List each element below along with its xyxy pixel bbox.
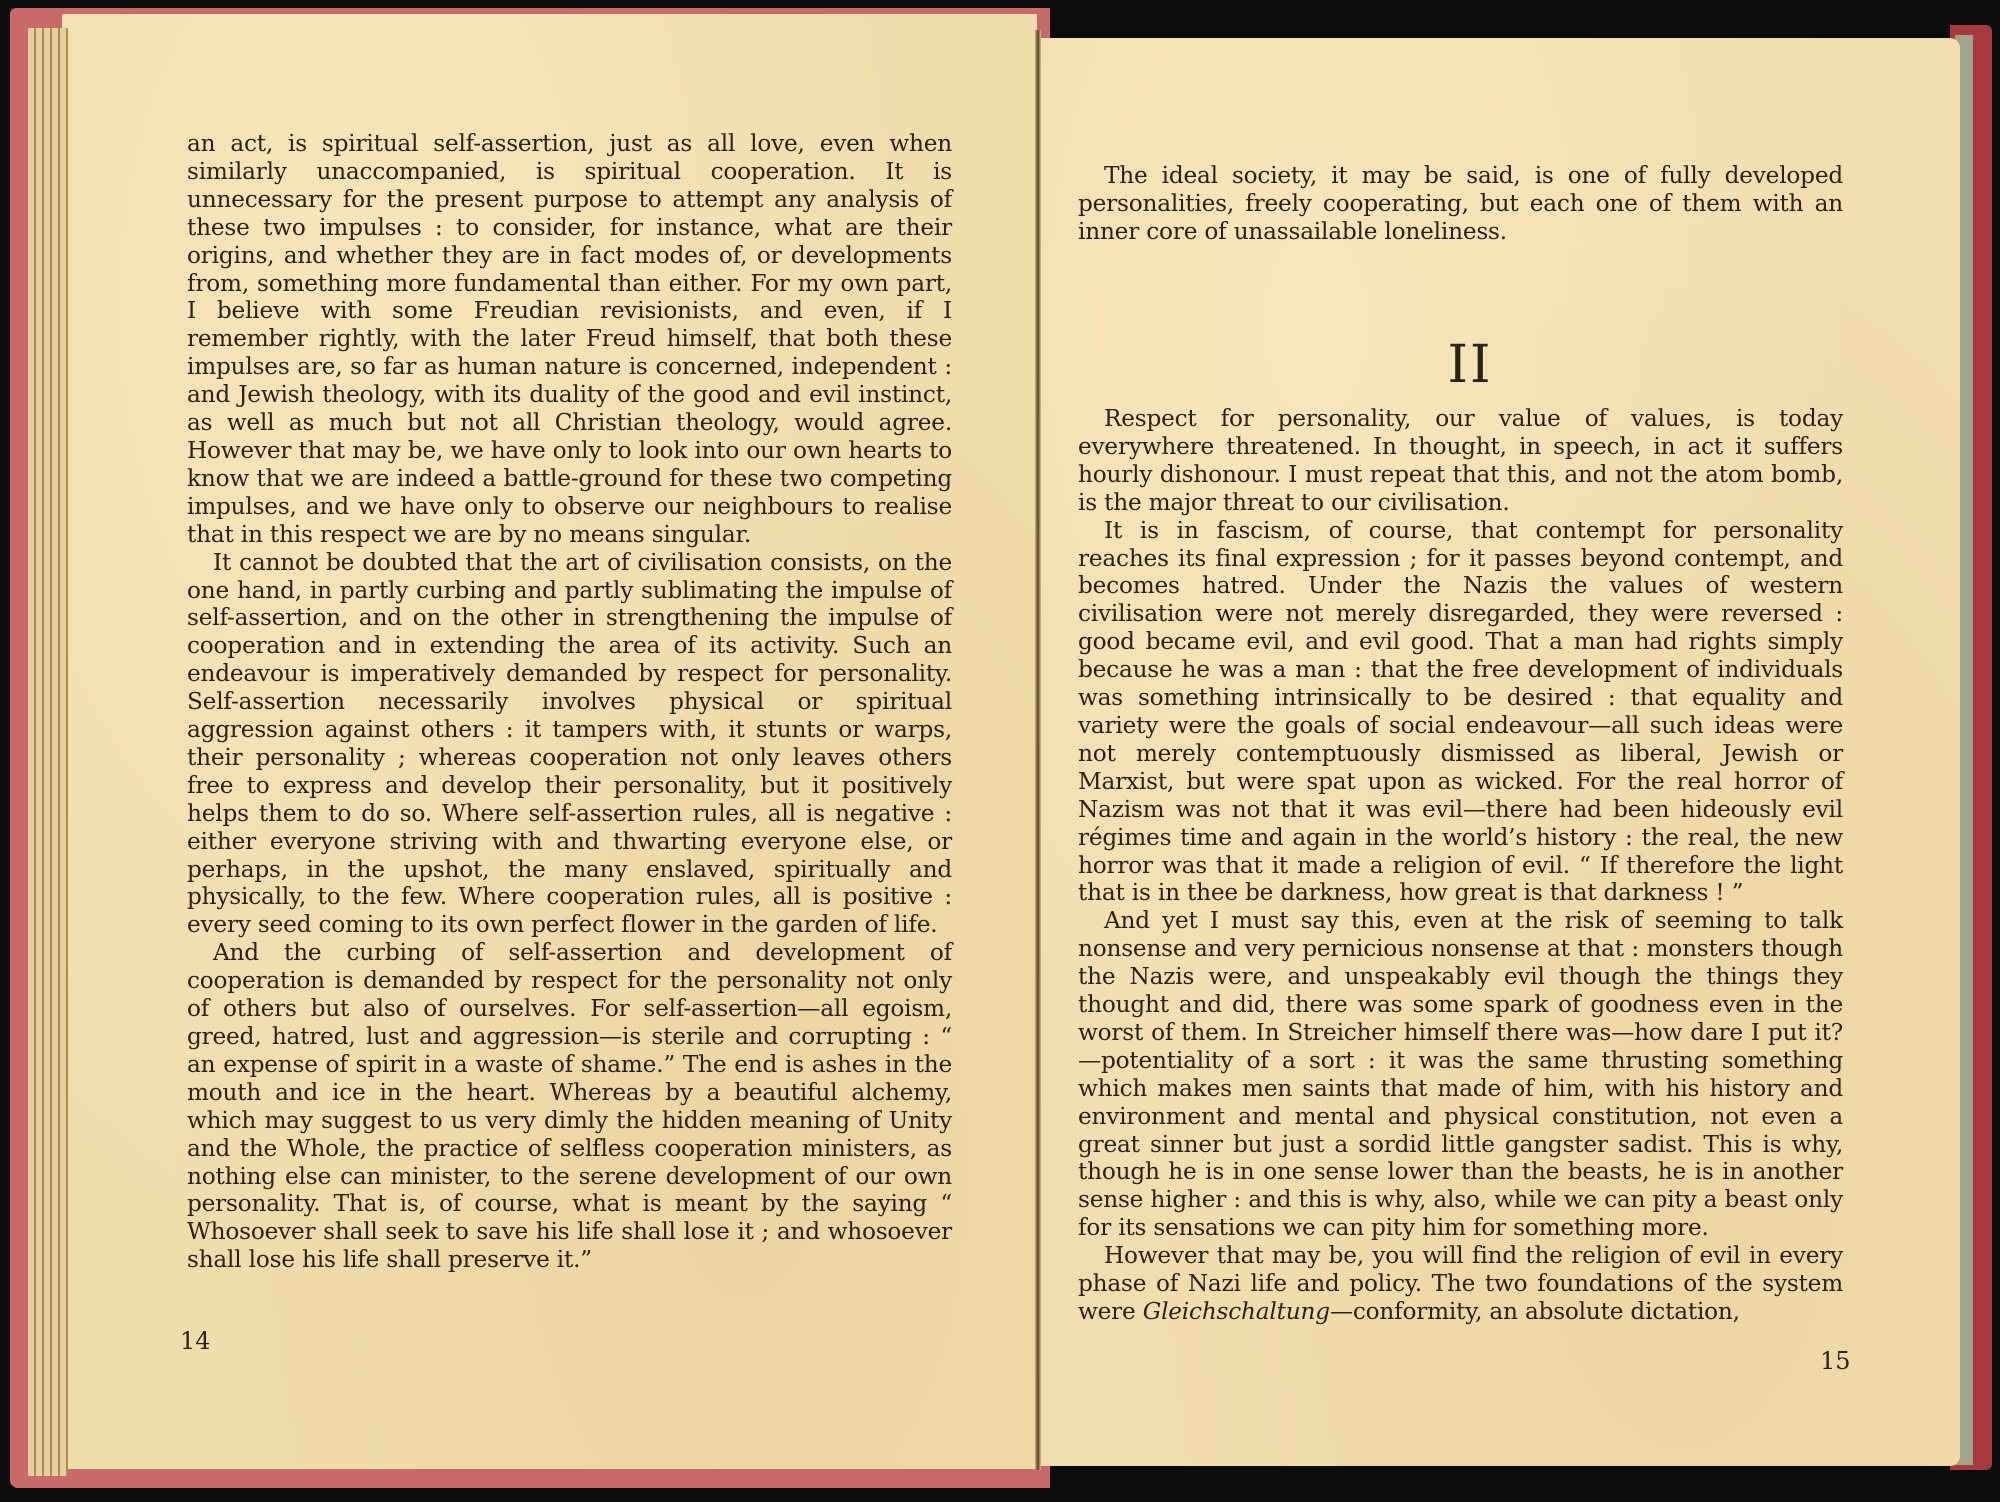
italic-term: Gleichschaltung — [1143, 1298, 1330, 1325]
page-number-right: 15 — [1820, 1347, 1851, 1375]
paragraph: And yet I must say this, even at the ris… — [1078, 907, 1843, 1242]
spine-gutter — [1035, 30, 1041, 1470]
left-page-text: an act, is spiritual self-assertion, jus… — [187, 130, 952, 1274]
paragraph: It is in fascism, of course, that contem… — [1078, 517, 1843, 908]
paragraph: The ideal society, it may be said, is on… — [1078, 162, 1843, 246]
right-page-text: Respect for personality, our value of va… — [1078, 405, 1843, 1326]
chapter-heading: II — [1420, 335, 1520, 395]
page-edges-left — [28, 28, 68, 1476]
text-run: —conformity, an absolute dictation, — [1330, 1298, 1740, 1325]
paragraph: And the curbing of self-assertion and de… — [187, 939, 952, 1274]
paragraph: Respect for personality, our value of va… — [1078, 405, 1843, 517]
paragraph: It cannot be doubted that the art of civ… — [187, 549, 952, 940]
right-page-opening: The ideal society, it may be said, is on… — [1078, 162, 1843, 246]
paragraph: However that may be, you will find the r… — [1078, 1242, 1843, 1326]
paragraph: an act, is spiritual self-assertion, jus… — [187, 130, 952, 549]
page-number-left: 14 — [180, 1327, 211, 1355]
